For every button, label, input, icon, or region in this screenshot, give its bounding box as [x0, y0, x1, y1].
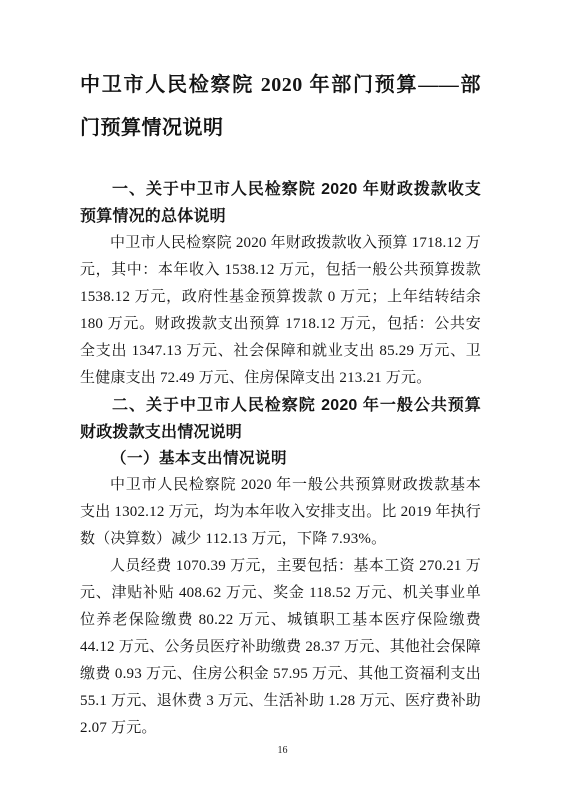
section-2-paragraph-2: 人员经费 1070.39 万元，主要包括：基本工资 270.21 万元、津贴补贴… [80, 553, 481, 742]
page-number: 16 [0, 745, 565, 756]
document-page: 中卫市人民检察院 2020 年部门预算——部门预算情况说明 一、关于中卫市人民检… [0, 0, 565, 800]
section-2-subheading: （一）基本支出情况说明 [80, 446, 481, 472]
section-1-paragraph-1: 中卫市人民检察院 2020 年财政拨款收入预算 1718.12 万元，其中：本年… [80, 230, 481, 392]
document-title: 中卫市人民检察院 2020 年部门预算——部门预算情况说明 [80, 64, 481, 150]
section-fiscal-appropriation-overview: 一、关于中卫市人民检察院 2020 年财政拨款收支预算情况的总体说明 中卫市人民… [80, 176, 481, 392]
section-2-paragraph-1: 中卫市人民检察院 2020 年一般公共预算财政拨款基本支出 1302.12 万元… [80, 472, 481, 553]
section-1-heading: 一、关于中卫市人民检察院 2020 年财政拨款收支预算情况的总体说明 [80, 176, 481, 230]
section-2-heading: 二、关于中卫市人民检察院 2020 年一般公共预算财政拨款支出情况说明 [80, 392, 481, 446]
section-public-budget-expenditure: 二、关于中卫市人民检察院 2020 年一般公共预算财政拨款支出情况说明 （一）基… [80, 392, 481, 742]
